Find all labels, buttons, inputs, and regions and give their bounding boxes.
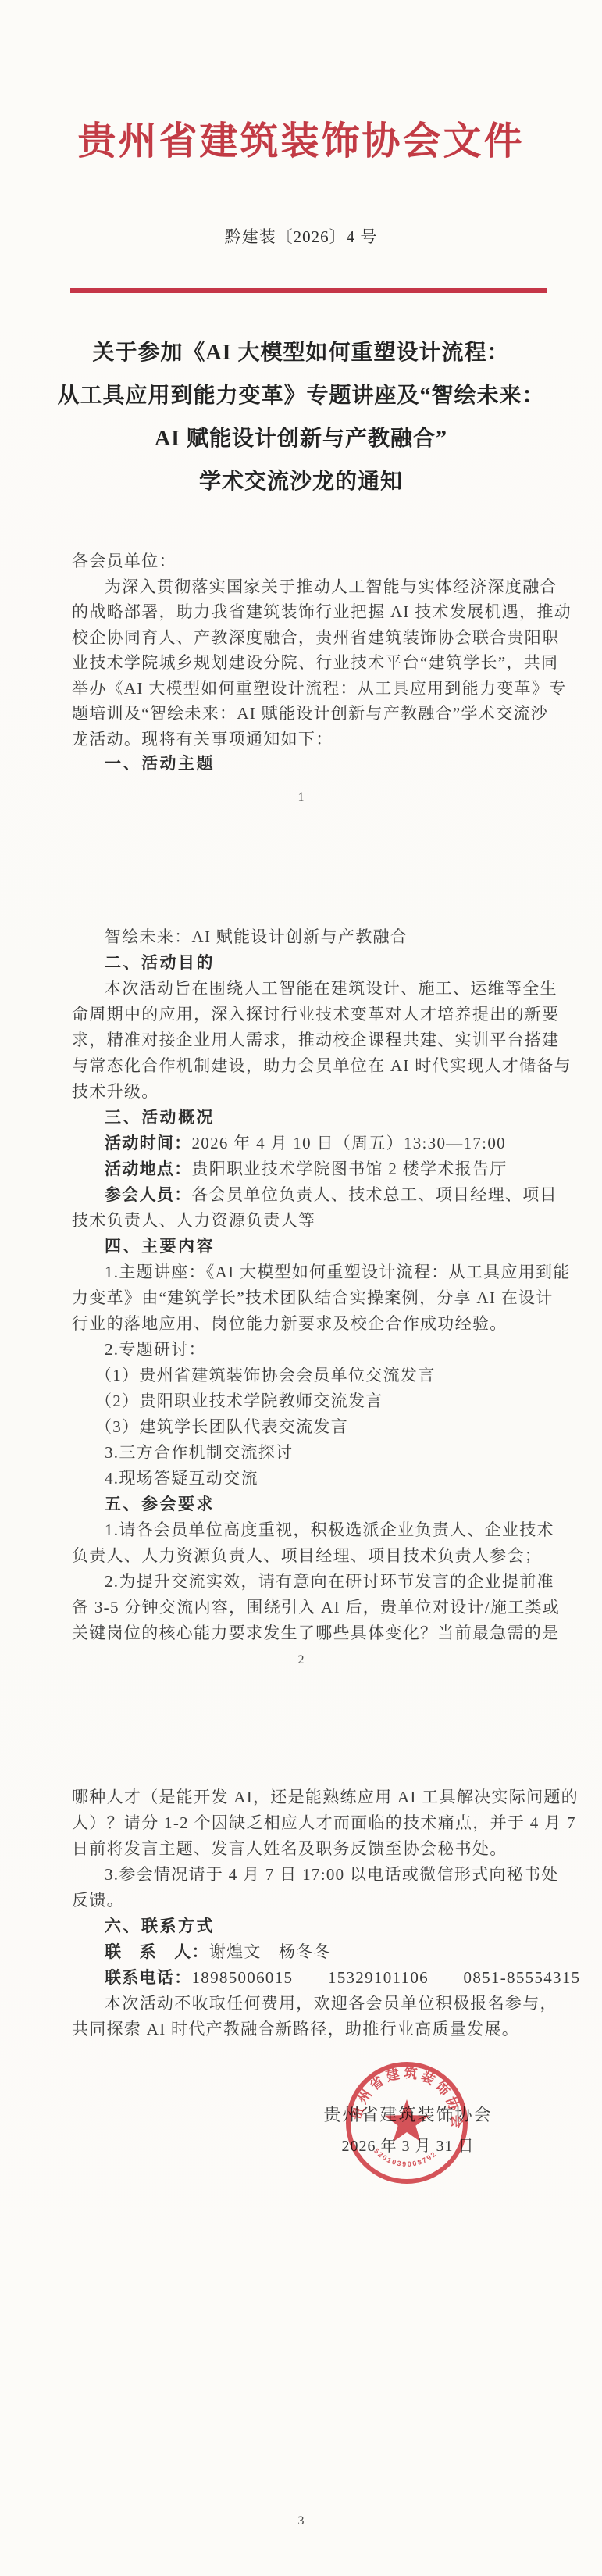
salutation: 各会员单位： bbox=[72, 548, 556, 574]
venue-value: 贵阳职业技术学院图书馆 2 楼学术报告厅 bbox=[192, 1159, 508, 1178]
document-title: 关于参加《AI 大模型如何重塑设计流程： 从工具应用到能力变革》专题讲座及“智绘… bbox=[23, 331, 579, 503]
intro-line: 龙活动。现将有关事项通知如下： bbox=[72, 727, 556, 752]
closing-line: 共同探索 AI 时代产教融合新路径，助推行业高质量发展。 bbox=[72, 2017, 556, 2042]
purpose-line: 本次活动旨在围绕人工智能在建筑设计、施工、运维等全生 bbox=[72, 976, 556, 1002]
attendees-label: 参会人员： bbox=[105, 1186, 192, 1204]
document-masthead: 贵州省建筑装饰协会文件 bbox=[0, 111, 602, 166]
section-heading-2: 二、活动目的 bbox=[72, 950, 556, 976]
seminar-heading: 2.专题研讨： bbox=[72, 1337, 556, 1363]
title-line: AI 赋能设计创新与产教融合” bbox=[23, 417, 579, 460]
purpose-line: 技术升级。 bbox=[72, 1079, 556, 1105]
page-number-2: 2 bbox=[0, 1653, 602, 1667]
intro-line: 为深入贯彻落实国家关于推动人工智能与实体经济深度融合 bbox=[72, 574, 556, 600]
requirement-cont-line: 日前将发言主题、发言人姓名及职务反馈至协会秘书处。 bbox=[72, 1836, 556, 1862]
intro-line: 的战略部署，助力我省建筑装饰行业把握 AI 技术发展机遇，推动 bbox=[72, 599, 556, 625]
red-divider-line bbox=[70, 288, 547, 293]
requirement-cont-line: 人）？请分 1-2 个因缺乏相应人才而面临的技术痛点，并于 4 月 7 bbox=[72, 1810, 556, 1836]
requirement-line: 2.为提升交流实效，请有意向在研讨环节发言的企业提前准 bbox=[72, 1569, 556, 1595]
venue-label: 活动地点： bbox=[105, 1160, 192, 1178]
seal-serial-number: 5201039008792 bbox=[372, 2147, 438, 2168]
time-value: 2026 年 4 月 10 日（周五）13:30—17:00 bbox=[192, 1134, 506, 1152]
closing-line: 本次活动不收取任何费用，欢迎各会员单位积极报名参与， bbox=[72, 1991, 556, 2017]
section-heading-4: 四、主要内容 bbox=[72, 1234, 556, 1259]
requirement-line: 1.请各会员单位高度重视，积极选派企业负责人、企业技术 bbox=[72, 1517, 556, 1543]
intro-line: 业技术学院城乡规划建设分院、行业技术平台“建筑学长”，共同 bbox=[72, 650, 556, 676]
page1-body: 各会员单位： 为深入贯彻落实国家关于推动人工智能与实体经济深度融合 的战略部署，… bbox=[72, 548, 556, 777]
seminar-item: （1）贵州省建筑装饰协会会员单位交流发言 bbox=[72, 1363, 556, 1388]
attendees-value: 各会员单位负责人、技术总工、项目经理、项目 bbox=[192, 1185, 557, 1204]
contact-person-value: 谢煌文 杨冬冬 bbox=[209, 1942, 331, 1961]
title-line: 从工具应用到能力变革》专题讲座及“智绘未来： bbox=[23, 374, 579, 417]
purpose-line: 命周期中的应用，深入探讨行业技术变革对人才培养提出的新要 bbox=[72, 1002, 556, 1027]
lecture-line: 行业的落地应用、岗位能力新要求及校企合作成功经验。 bbox=[72, 1311, 556, 1337]
overview-time: 活动时间：2026 年 4 月 10 日（周五）13:30—17:00 bbox=[72, 1131, 556, 1156]
overview-venue: 活动地点：贵阳职业技术学院图书馆 2 楼学术报告厅 bbox=[72, 1156, 556, 1182]
official-seal-stamp: 贵州省建筑装饰协会 5201039008792 bbox=[344, 2060, 469, 2185]
feedback-line: 3.参会情况请于 4 月 7 日 17:00 以电话或微信形式向秘书处 bbox=[72, 1862, 556, 1888]
purpose-line: 求，精准对接企业用人需求，推动校企课程共建、实训平台搭建 bbox=[72, 1027, 556, 1053]
requirement-line: 负责人、人力资源负责人、项目经理、项目技术负责人参会； bbox=[72, 1543, 556, 1569]
time-label: 活动时间： bbox=[105, 1134, 192, 1152]
theme-line: 智绘未来：AI 赋能设计创新与产教融合 bbox=[72, 924, 556, 950]
document-number: 黔建装〔2026〕4 号 bbox=[0, 224, 602, 248]
intro-line: 举办《AI 大模型如何重塑设计流程：从工具应用到能力变革》专 bbox=[72, 676, 556, 702]
contact-person-label: 联 系 人： bbox=[105, 1943, 209, 1961]
scanned-document: 贵州省建筑装饰协会文件 黔建装〔2026〕4 号 关于参加《AI 大模型如何重塑… bbox=[0, 0, 602, 2576]
contact-phone-value: 18985006015 15329101106 0851-85554315 bbox=[192, 1968, 581, 1987]
intro-line: 校企协同育人、产教深度融合，贵州省建筑装饰协会联合贵阳职 bbox=[72, 625, 556, 651]
page3-body: 哪种人才（是能开发 AI，还是能熟练应用 AI 工具解决实际问题的 人）？请分 … bbox=[72, 1785, 556, 2042]
contact-phone-label: 联系电话： bbox=[105, 1969, 192, 1987]
title-line: 关于参加《AI 大模型如何重塑设计流程： bbox=[23, 331, 579, 374]
lecture-line: 1.主题讲座：《AI 大模型如何重塑设计流程：从工具应用到能 bbox=[72, 1259, 556, 1285]
contact-person: 联 系 人：谢煌文 杨冬冬 bbox=[72, 1939, 556, 1965]
seminar-item: （2）贵阳职业技术学院教师交流发言 bbox=[72, 1388, 556, 1414]
feedback-line: 反馈。 bbox=[72, 1888, 556, 1913]
page-number-1: 1 bbox=[0, 791, 602, 805]
requirement-line: 关键岗位的核心能力要求发生了哪些具体变化？当前最急需的是 bbox=[72, 1620, 556, 1646]
lecture-line: 力变革》由“建筑学长”技术团队结合实操案例，分享 AI 在设计 bbox=[72, 1285, 556, 1311]
stamp-star-icon bbox=[385, 2099, 429, 2142]
requirement-line: 备 3-5 分钟交流内容，围绕引入 AI 后，贵单位对设计/施工类或 bbox=[72, 1595, 556, 1620]
purpose-line: 与常态化合作机制建设，助力会员单位在 AI 时代实现人才储备与 bbox=[72, 1053, 556, 1079]
title-line: 学术交流沙龙的通知 bbox=[23, 460, 579, 503]
seal-graphic: 贵州省建筑装饰协会 5201039008792 bbox=[344, 2060, 469, 2185]
section-heading-5: 五、参会要求 bbox=[72, 1492, 556, 1517]
section-heading-1: 一、活动主题 bbox=[72, 752, 556, 777]
requirement-cont-line: 哪种人才（是能开发 AI，还是能熟练应用 AI 工具解决实际问题的 bbox=[72, 1785, 556, 1810]
intro-line: 题培训及“智绘未来：AI 赋能设计创新与产教融合”学术交流沙 bbox=[72, 701, 556, 727]
seminar-item: （3）建筑学长团队代表交流发言 bbox=[72, 1414, 556, 1440]
content-item-4: 4.现场答疑互动交流 bbox=[72, 1466, 556, 1492]
page-number-3: 3 bbox=[0, 2514, 602, 2528]
page2-body: 智绘未来：AI 赋能设计创新与产教融合 二、活动目的 本次活动旨在围绕人工智能在… bbox=[72, 924, 556, 1646]
overview-attendees-cont: 技术负责人、人力资源负责人等 bbox=[72, 1208, 556, 1234]
contact-phone: 联系电话：18985006015 15329101106 0851-855543… bbox=[72, 1965, 556, 1991]
overview-attendees: 参会人员：各会员单位负责人、技术总工、项目经理、项目 bbox=[72, 1182, 556, 1208]
content-item-3: 3.三方合作机制交流探讨 bbox=[72, 1440, 556, 1466]
section-heading-3: 三、活动概况 bbox=[72, 1105, 556, 1131]
section-heading-6: 六、联系方式 bbox=[72, 1913, 556, 1939]
